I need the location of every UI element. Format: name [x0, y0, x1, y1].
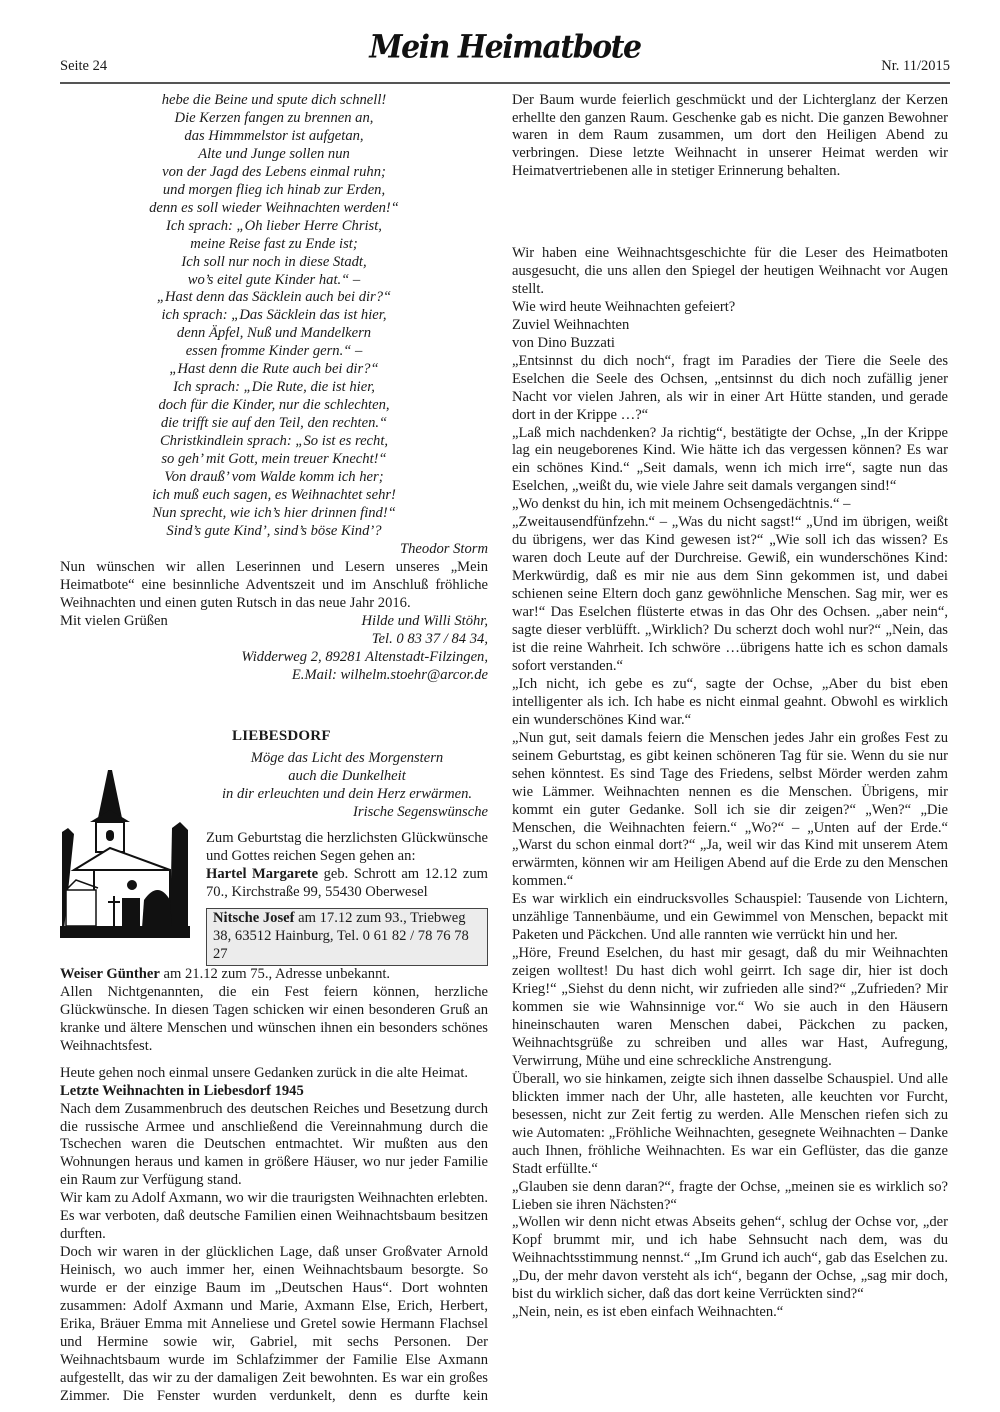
poem-line: ich muß euch sagen, es Weihnachtet sehr! [60, 487, 488, 505]
story-paragraph: „Nun gut, seit damals feiern die Mensche… [512, 730, 948, 892]
general-wishes: Allen Nichtgenannten, die ein Fest feier… [60, 984, 488, 1056]
poem-line: ich sprach: „Das Säcklein das ist hier, [60, 307, 488, 325]
blessing-line: in dir erleuchten und dein Herz erwärmen… [206, 786, 488, 804]
story-paragraph: Überall, wo sie hinkamen, zeigte sich ih… [512, 1071, 948, 1179]
story-paragraph: „Nein, nein, es ist eben einfach Weihnac… [512, 1304, 948, 1322]
story-author: von Dino Buzzati [512, 335, 948, 353]
poem-line: Sind’s gute Kind’, sind’s böse Kind’? [60, 523, 488, 541]
masthead-logo: Mein Heimatbote [60, 29, 950, 66]
poem-line: meine Reise fast zu Ende ist; [60, 236, 488, 254]
story-intro: Wir haben eine Weihnachtsgeschichte für … [512, 245, 948, 299]
memories-paragraph-tail: Doch wir waren in der glücklichen Lage, … [512, 92, 948, 181]
poem-line: das Himmmelstor ist aufgetan, [60, 128, 488, 146]
story-question: Wie wird heute Weihnachten gefeiert? [512, 299, 948, 317]
church-icon [60, 770, 190, 938]
signature-phone: Tel. 0 83 37 / 84 34, [60, 631, 488, 649]
poem-line: denn Äpfel, Nuß und Mandelkern [60, 325, 488, 343]
poem-line: Ich sprach: „Oh lieber Herre Christ, [60, 218, 488, 236]
issue-number: Nr. 11/2015 [881, 58, 950, 75]
poem-line: Von drauß’ vom Walde komm ich her; [60, 469, 488, 487]
story-paragraph: „Wollen wir denn nicht etwas Abseits geh… [512, 1214, 948, 1304]
story-paragraph: „Ich nicht, ich gebe es zu“, sagte der O… [512, 676, 948, 730]
poem-author: Theodor Storm [60, 541, 488, 559]
story-paragraph: „Zweitausendfünfzehn.“ – „Was du nicht s… [512, 514, 948, 676]
memories-paragraph: Wir kam zu Adolf Axmann, wo wir die trau… [60, 1190, 488, 1244]
section-title-liebesdorf: LIEBESDORF [232, 728, 488, 746]
poem-line: Ich soll nur noch in diese Stadt, [60, 254, 488, 272]
birthday-boxed-entry: Nitsche Josef am 17.12 zum 93., Triebweg… [206, 908, 488, 966]
poem-line: Ich sprach: „Die Rute, die ist hier, [60, 379, 488, 397]
memories-paragraph: Nach dem Zusammenbruch des deutschen Rei… [60, 1101, 488, 1191]
story-paragraph: „Laß mich nachdenken? Ja richtig“, bestä… [512, 425, 948, 497]
birthday-entry: Hartel Margarete geb. Schrott am 12.12 z… [206, 866, 488, 902]
birthday-name: Nitsche Josef [213, 910, 294, 926]
poem-line: Alte und Junge sollen nun [60, 146, 488, 164]
page-header: Seite 24 Mein Heimatbote Nr. 11/2015 [60, 30, 950, 82]
poem-line: essen fromme Kinder gern.“ – [60, 343, 488, 361]
birthday-name: Weiser Günther [60, 966, 160, 982]
blessing-line: Möge das Licht des Morgenstern [206, 750, 488, 768]
signature-name: Hilde und Willi Stöhr, [362, 613, 488, 631]
signature-email: E.Mail: wilhelm.stoehr@arcor.de [60, 667, 488, 685]
story-paragraph: „Entsinnst du dich noch“, fragt im Parad… [512, 353, 948, 425]
greeting-signature-block: Mit vielen Grüßen Hilde und Willi Stöhr, [60, 613, 488, 631]
poem-line: wo’s eitel gute Kinder hat.“ – [60, 272, 488, 290]
liebesdorf-text: Möge das Licht des Morgenstern auch die … [200, 750, 488, 965]
liebesdorf-section: Möge das Licht des Morgenstern auch die … [60, 750, 488, 965]
poem-line: Christkindlein sprach: „So ist es recht, [60, 433, 488, 451]
story-paragraph: „Glauben sie denn daran?“, fragte der Oc… [512, 1179, 948, 1215]
poem-line: die trifft sie auf den Teil, den rechten… [60, 415, 488, 433]
signature-address: Widderweg 2, 89281 Altenstadt-Filzingen, [60, 649, 488, 667]
memories-continuation: Doch wir waren in der glücklichen Lage, … [512, 92, 948, 236]
story-paragraph: „Höre, Freund Eselchen, du hast mir gesa… [512, 945, 948, 1071]
birthday-details: am 21.12 zum 75., Adresse unbekannt. [160, 966, 390, 982]
header-rule [60, 82, 950, 84]
memories-paragraph: Doch wir waren in der glücklichen Lage, … [60, 1244, 488, 1405]
left-column: hebe die Beine und spute dich schnell! D… [60, 92, 488, 1405]
poem: hebe die Beine und spute dich schnell! D… [60, 92, 488, 541]
birthday-name: Hartel Margarete [206, 866, 318, 882]
church-illustration [60, 750, 200, 965]
poem-line: so geh’ mit Gott, mein treuer Knecht!“ [60, 451, 488, 469]
blessing-source: Irische Segenswünsche [206, 804, 488, 822]
story-paragraph: „Wo denkst du hin, ich mit meinem Ochsen… [512, 496, 948, 514]
story-paragraph: Es war wirklich ein eindrucksvolles Scha… [512, 891, 948, 945]
poem-line: von der Jagd des Lebens einmal ruhn; [60, 164, 488, 182]
poem-line: hebe die Beine und spute dich schnell! [60, 92, 488, 110]
poem-line: Nun sprecht, wie ich’s hier drinnen find… [60, 505, 488, 523]
right-column: Doch wir waren in der glücklichen Lage, … [512, 92, 948, 1322]
poem-line: und morgen flieg ich hinab zur Erden, [60, 182, 488, 200]
memories-intro: Heute gehen noch einmal unsere Gedanken … [60, 1065, 488, 1083]
memories-title: Letzte Weihnachten in Liebesdorf 1945 [60, 1083, 488, 1101]
poem-line: „Hast denn das Säcklein auch bei dir?“ [60, 289, 488, 307]
greeting-text: Nun wünschen wir allen Leserinnen und Le… [60, 559, 488, 613]
blessing-line: auch die Dunkelheit [206, 768, 488, 786]
poem-line: „Hast denn die Rute auch bei dir?“ [60, 361, 488, 379]
poem-line: doch für die Kinder, nur die schlechten, [60, 397, 488, 415]
story-title: Zuviel Weihnachten [512, 317, 948, 335]
birthday-entry: Weiser Günther am 21.12 zum 75., Adresse… [60, 966, 488, 984]
poem-line: Die Kerzen fangen zu brennen an, [60, 110, 488, 128]
birthday-intro: Zum Geburtstag die herzlichsten Glückwün… [206, 830, 488, 866]
poem-line: denn es soll wieder Weihnachten werden!“ [60, 200, 488, 218]
greeting-closing: Mit vielen Grüßen [60, 613, 168, 631]
